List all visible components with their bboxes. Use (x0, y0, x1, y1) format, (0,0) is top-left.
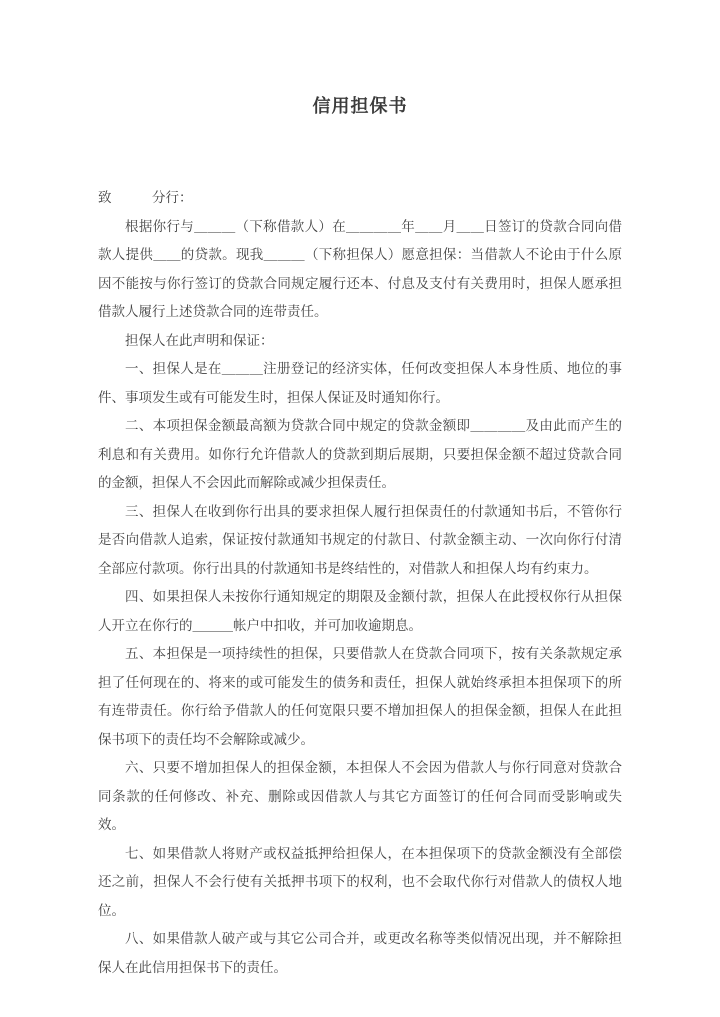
paragraph-clause-4: 四、如果担保人未按你行通知规定的期限及金额付款，担保人在此授权你行从担保人开立在… (98, 583, 622, 640)
paragraph-clause-7: 七、如果借款人将财产或权益抵押给担保人，在本担保项下的贷款金额没有全部偿还之前，… (98, 840, 622, 926)
document-body: 致 分行： 根据你行与＿＿＿（下称借款人）在＿＿＿＿年＿＿月＿＿日签订的贷款合同… (98, 184, 622, 982)
paragraph-clause-2: 二、本项担保金额最高额为贷款合同中规定的贷款金额即＿＿＿＿及由此而产生的利息和有… (98, 412, 622, 498)
paragraph-clause-3: 三、担保人在收到你行出具的要求担保人履行担保责任的付款通知书后，不管你行是否向借… (98, 498, 622, 584)
paragraph-clause-5: 五、本担保是一项持续性的担保，只要借款人在贷款合同项下，按有关条款规定承担了任何… (98, 640, 622, 754)
paragraph-clause-6: 六、只要不增加担保人的担保金额，本担保人不会因为借款人与你行同意对贷款合同条款的… (98, 754, 622, 840)
document-page: 信用担保书 致 分行： 根据你行与＿＿＿（下称借款人）在＿＿＿＿年＿＿月＿＿日签… (0, 0, 720, 1017)
paragraph-clause-8: 八、如果借款人破产或与其它公司合并，或更改名称等类似情况出现，并不解除担保人在此… (98, 925, 622, 982)
salutation-line: 致 分行： (98, 184, 622, 213)
document-title: 信用担保书 (0, 0, 720, 119)
paragraph-intro: 根据你行与＿＿＿（下称借款人）在＿＿＿＿年＿＿月＿＿日签订的贷款合同向借款人提供… (98, 213, 622, 327)
paragraph-declaration-lead: 担保人在此声明和保证： (98, 327, 622, 356)
paragraph-clause-1: 一、担保人是在＿＿＿注册登记的经济实体，任何改变担保人本身性质、地位的事件、事项… (98, 355, 622, 412)
